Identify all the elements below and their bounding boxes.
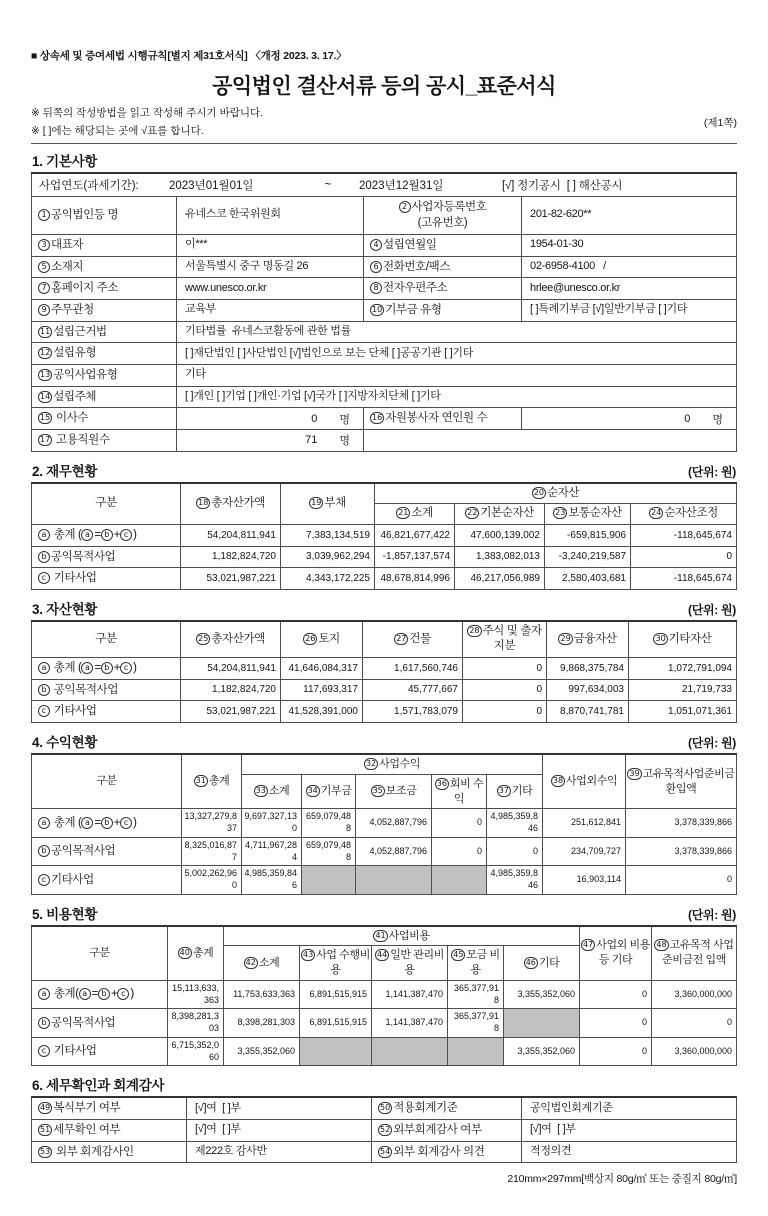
note-line-2: ※ [ ]에는 해당되는 곳에 √표를 합니다. bbox=[31, 122, 263, 140]
col-header-group: 32사업수익 bbox=[242, 754, 543, 774]
amount-cell: -659,815,906 bbox=[545, 524, 631, 546]
business-year-cell: 사업연도(과세기간): 2023년01월01일 ~ 2023년12월31일 [√… bbox=[32, 173, 737, 197]
amount-cell: 1,383,082,013 bbox=[455, 546, 545, 568]
col-header: 18총자산가액 bbox=[181, 483, 281, 525]
field-value-checkboxes: [ ]개인 [ ]기업 [ ]개인·기업 [√]국가 [ ]지방자치단체 [ ]… bbox=[177, 386, 737, 408]
header-row: 구분 31총계 32사업수익 38사업외수익 39고유목적사업준비금 환입액 bbox=[32, 754, 737, 774]
amount-cell: -3,240,219,587 bbox=[545, 546, 631, 568]
amount-cell: 0 bbox=[631, 546, 737, 568]
row-label: c기타사업 bbox=[32, 866, 182, 894]
header-row: 구분 18총자산가액 19부채 20순자산 bbox=[32, 483, 737, 504]
col-header: 19부채 bbox=[281, 483, 375, 525]
row-label: a 총계(a=b+c) bbox=[32, 981, 168, 1009]
field-value: 기타 bbox=[177, 365, 737, 387]
col-header: 44일반 관리비용 bbox=[372, 946, 448, 981]
amount-cell: 3,355,352,060 bbox=[504, 1037, 580, 1065]
amount-cell: -118,645,674 bbox=[631, 524, 737, 546]
amount-cell: 0 bbox=[463, 701, 547, 723]
amount-cell: 13,327,279,837 bbox=[182, 809, 242, 837]
amount-cell: 3,355,352,060 bbox=[504, 981, 580, 1009]
table-row: 13공익사업유형 기타 bbox=[32, 365, 737, 387]
col-header: 33소계 bbox=[242, 774, 302, 809]
col-header: 42소계 bbox=[224, 946, 300, 981]
table-row: b공익목적사업 8,325,016,877 4,711,967,284 659,… bbox=[32, 837, 737, 865]
table-row: 49복식부기 여부 [√]여 [ ]부 50적용회계기준 공익법인회계기준 bbox=[32, 1097, 737, 1119]
field-value: 유네스코 한국위원회 bbox=[177, 196, 364, 234]
col-header: 34기부금 bbox=[302, 774, 356, 809]
amount-cell: 0 bbox=[652, 1009, 737, 1037]
table-row: b공익목적사업 8,398,281,303 8,398,281,303 6,89… bbox=[32, 1009, 737, 1037]
legal-reference-note: ■ 상속세 및 증여세법 시행규칙[별지 제31호서식] 〈개정 2023. 3… bbox=[31, 48, 737, 63]
section-title: 6. 세무확인과 회계감사 bbox=[32, 1074, 164, 1094]
shaded-cell bbox=[356, 866, 432, 894]
amount-cell: 45,777,667 bbox=[363, 679, 463, 701]
field-label: 54외부 회계감사 의견 bbox=[372, 1141, 522, 1163]
amount-cell: 0 bbox=[463, 657, 547, 679]
table-row: 53 외부 회계감사인 제222호 감사반 54외부 회계감사 의견 적정의견 bbox=[32, 1141, 737, 1163]
amount-cell: 46,821,677,422 bbox=[375, 524, 455, 546]
col-header: 26토지 bbox=[281, 621, 363, 658]
count-value: 0 bbox=[684, 413, 690, 425]
amount-cell: 4,985,359,846 bbox=[242, 866, 302, 894]
amount-cell: 365,377,918 bbox=[448, 981, 504, 1009]
period-start-date: 2023년01월01일 bbox=[169, 177, 297, 193]
amount-cell: 0 bbox=[432, 837, 487, 865]
col-header: 45모금 비용 bbox=[448, 946, 504, 981]
table-row: b공익목적사업 1,182,824,720 3,039,962,294 -1,8… bbox=[32, 546, 737, 568]
field-label: 52외부회계감사 여부 bbox=[372, 1119, 522, 1141]
table-row: a 총계 (a=b+c) 13,327,279,837 9,697,327,13… bbox=[32, 809, 737, 837]
col-header: 31총계 bbox=[182, 754, 242, 809]
section-title: 1. 기본사항 bbox=[32, 150, 97, 170]
shaded-cell bbox=[448, 1037, 504, 1065]
row-label: a 총계 (a=b+c) bbox=[32, 657, 181, 679]
col-header: 30기타자산 bbox=[629, 621, 737, 658]
col-header: 35보조금 bbox=[356, 774, 432, 809]
amount-cell: 0 bbox=[487, 837, 543, 865]
disclosure-type-checkboxes: [√] 정기공시 [ ] 해산공시 bbox=[502, 177, 735, 193]
field-label: 8전자우편주소 bbox=[364, 278, 522, 300]
field-value: 교육부 bbox=[177, 300, 364, 322]
paper-spec-note: 210mm×297mm[백상지 80g/㎡ 또는 중질지 80g/㎡] bbox=[31, 1171, 737, 1216]
col-header: 27건물 bbox=[363, 621, 463, 658]
field-value: 제222호 감사반 bbox=[187, 1141, 372, 1163]
col-header: 구분 bbox=[32, 754, 182, 809]
section-heading-financial: 2. 재무현황 (단위: 원) bbox=[31, 454, 737, 482]
field-value: www.unesco.or.kr bbox=[177, 278, 364, 300]
section-heading-expense: 5. 비용현황 (단위: 원) bbox=[31, 897, 737, 925]
col-header: 46기타 bbox=[504, 946, 580, 981]
instruction-notes: ※ 뒤쪽의 작성방법을 읽고 작성해 주시기 바랍니다. ※ [ ]에는 해당되… bbox=[31, 104, 737, 141]
table-row: a 총계(a=b+c) 15,113,633,363 11,753,633,36… bbox=[32, 981, 737, 1009]
amount-cell: 21,719,733 bbox=[629, 679, 737, 701]
amount-cell: 9,868,375,784 bbox=[547, 657, 629, 679]
col-header: 21소계 bbox=[375, 504, 455, 525]
row-label: b공익목적사업 bbox=[32, 1009, 168, 1037]
amount-cell: 3,360,000,000 bbox=[652, 1037, 737, 1065]
field-label: 2사업자등록번호 (고유번호) bbox=[364, 196, 522, 234]
row-label: a 총계 (a=b+c) bbox=[32, 809, 182, 837]
count-unit: 명 bbox=[339, 432, 350, 448]
field-label: 13공익사업유형 bbox=[32, 365, 177, 387]
revenue-status-table: 구분 31총계 32사업수익 38사업외수익 39고유목적사업준비금 환입액 3… bbox=[31, 753, 737, 895]
amount-cell: 251,612,841 bbox=[543, 809, 626, 837]
amount-cell: 54,204,811,941 bbox=[181, 657, 281, 679]
amount-cell: 8,325,016,877 bbox=[182, 837, 242, 865]
field-label: 3대표자 bbox=[32, 235, 177, 257]
col-header: 24순자산조정 bbox=[631, 504, 737, 525]
col-header: 28주식 및 출자지분 bbox=[463, 621, 547, 658]
amount-cell: 234,709,727 bbox=[543, 837, 626, 865]
row-label: b공익목적사업 bbox=[32, 837, 182, 865]
amount-cell: 53,021,987,221 bbox=[181, 701, 281, 723]
amount-cell: 997,634,003 bbox=[547, 679, 629, 701]
amount-cell: 1,571,783,079 bbox=[363, 701, 463, 723]
field-label: 16자원봉사자 연인원 수 bbox=[364, 408, 522, 430]
expense-status-table: 구분 40총계 41사업비용 47사업외 비용 등 기타 48고유목적 사업준비… bbox=[31, 925, 737, 1067]
field-value: 201-82-620** bbox=[522, 196, 737, 234]
amount-cell: -1,857,137,574 bbox=[375, 546, 455, 568]
amount-cell: 117,693,317 bbox=[281, 679, 363, 701]
amount-cell: 16,903,114 bbox=[543, 866, 626, 894]
field-label: 15 이사수 bbox=[32, 408, 177, 430]
col-header: 구분 bbox=[32, 483, 181, 525]
amount-cell: -118,645,674 bbox=[631, 568, 737, 590]
field-value: 적정의견 bbox=[522, 1141, 737, 1163]
amount-cell: 365,377,918 bbox=[448, 1009, 504, 1037]
table-row: 11설립근거법 기타법률 유네스코활동에 관한 법률 bbox=[32, 321, 737, 343]
field-label: 9주무관청 bbox=[32, 300, 177, 322]
amount-cell: 0 bbox=[432, 809, 487, 837]
amount-cell: 659,079,488 bbox=[302, 809, 356, 837]
note-line-1: ※ 뒤쪽의 작성방법을 읽고 작성해 주시기 바랍니다. bbox=[31, 104, 263, 122]
unit-label: (단위: 원) bbox=[688, 734, 736, 751]
unit-label: (단위: 원) bbox=[688, 601, 736, 618]
header-row: 구분 40총계 41사업비용 47사업외 비용 등 기타 48고유목적 사업준비… bbox=[32, 926, 737, 946]
field-label: 49복식부기 여부 bbox=[32, 1097, 187, 1119]
amount-cell: 4,985,359,846 bbox=[487, 809, 543, 837]
amount-cell: 8,398,281,303 bbox=[168, 1009, 224, 1037]
col-header: 40총계 bbox=[168, 926, 224, 981]
section-title: 5. 비용현황 bbox=[32, 903, 97, 923]
amount-cell: 1,182,824,720 bbox=[181, 546, 281, 568]
field-value-checkboxes: [√]여 [ ]부 bbox=[187, 1119, 372, 1141]
field-label: 6전화번호/팩스 bbox=[364, 256, 522, 278]
empty-cell bbox=[364, 430, 737, 452]
table-row: c기타사업 5,002,262,960 4,985,359,846 4,985,… bbox=[32, 866, 737, 894]
col-header-group: 41사업비용 bbox=[224, 926, 580, 946]
table-row: a 총계 (a=b+c) 54,204,811,941 7,383,134,51… bbox=[32, 524, 737, 546]
business-year-label: 사업연도(과세기간): bbox=[33, 177, 169, 193]
amount-cell: 1,141,387,470 bbox=[372, 1009, 448, 1037]
audit-table: 49복식부기 여부 [√]여 [ ]부 50적용회계기준 공익법인회계기준 51… bbox=[31, 1096, 737, 1163]
field-value-checkboxes: [ ]특례기부금 [√]일반기부금 [ ]기타 bbox=[522, 300, 737, 322]
amount-cell: 4,052,887,796 bbox=[356, 809, 432, 837]
field-label: 14설립주체 bbox=[32, 386, 177, 408]
col-header: 38사업외수익 bbox=[543, 754, 626, 809]
section-title: 2. 재무현황 bbox=[32, 460, 97, 480]
amount-cell: 9,697,327,130 bbox=[242, 809, 302, 837]
section-heading-basic: 1. 기본사항 bbox=[31, 143, 737, 172]
field-label: 5소재지 bbox=[32, 256, 177, 278]
form-title: 공익법인 결산서류 등의 공시_표준서식 bbox=[31, 70, 737, 100]
table-row: 9주무관청 교육부 10기부금 유형 [ ]특례기부금 [√]일반기부금 [ ]… bbox=[32, 300, 737, 322]
table-row: c 기타사업 53,021,987,221 41,528,391,000 1,5… bbox=[32, 701, 737, 723]
col-header: 25총자산가액 bbox=[181, 621, 281, 658]
amount-cell: 2,580,403,681 bbox=[545, 568, 631, 590]
amount-cell: 41,528,391,000 bbox=[281, 701, 363, 723]
field-label: 53 외부 회계감사인 bbox=[32, 1141, 187, 1163]
amount-cell: 1,141,387,470 bbox=[372, 981, 448, 1009]
form-page: ■ 상속세 및 증여세법 시행규칙[별지 제31호서식] 〈개정 2023. 3… bbox=[0, 0, 768, 1216]
count-unit: 명 bbox=[712, 411, 723, 427]
header-row: 구분 25총자산가액 26토지 27건물 28주식 및 출자지분 29금융자산 … bbox=[32, 621, 737, 658]
field-label: 7홈페이지 주소 bbox=[32, 278, 177, 300]
field-value: 71 명 bbox=[177, 430, 364, 452]
amount-cell: 3,360,000,000 bbox=[652, 981, 737, 1009]
row-label: a 총계 (a=b+c) bbox=[32, 524, 181, 546]
amount-cell: 4,052,887,796 bbox=[356, 837, 432, 865]
shaded-cell bbox=[372, 1037, 448, 1065]
section-heading-assets: 3. 자산현황 (단위: 원) bbox=[31, 592, 737, 620]
row-label: b공익목적사업 bbox=[32, 546, 181, 568]
col-header: 구분 bbox=[32, 621, 181, 658]
field-value: 서울특별시 중구 명동길 26 bbox=[177, 256, 364, 278]
amount-cell: 3,378,339,866 bbox=[626, 809, 737, 837]
table-row: 17 고용직원수 71 명 bbox=[32, 430, 737, 452]
period-end-date: 2023년12월31일 bbox=[359, 177, 502, 193]
table-row: a 총계 (a=b+c) 54,204,811,941 41,646,084,3… bbox=[32, 657, 737, 679]
count-value: 71 bbox=[305, 434, 317, 446]
unit-label: (단위: 원) bbox=[688, 463, 736, 480]
section-title: 3. 자산현황 bbox=[32, 598, 97, 618]
amount-cell: 8,870,741,781 bbox=[547, 701, 629, 723]
shaded-cell bbox=[432, 866, 487, 894]
field-value: 0 명 bbox=[177, 408, 364, 430]
col-header: 37기타 bbox=[487, 774, 543, 809]
table-row: 12설립유형 [ ]재단법인 [ ]사단법인 [√]법인으로 보는 단체 [ ]… bbox=[32, 343, 737, 365]
col-header: 22기본순자산 bbox=[455, 504, 545, 525]
amount-cell: 7,383,134,519 bbox=[281, 524, 375, 546]
amount-cell: 5,002,262,960 bbox=[182, 866, 242, 894]
unit-label: (단위: 원) bbox=[688, 906, 736, 923]
amount-cell: 1,182,824,720 bbox=[181, 679, 281, 701]
amount-cell: 0 bbox=[626, 866, 737, 894]
asset-status-table: 구분 25총자산가액 26토지 27건물 28주식 및 출자지분 29금융자산 … bbox=[31, 620, 737, 723]
table-row: 51세무확인 여부 [√]여 [ ]부 52외부회계감사 여부 [√]여 [ ]… bbox=[32, 1119, 737, 1141]
table-row: c 기타사업 53,021,987,221 4,343,172,225 48,6… bbox=[32, 568, 737, 590]
field-label: 1공익법인등 명 bbox=[32, 196, 177, 234]
row-label: b 공익목적사업 bbox=[32, 679, 181, 701]
table-row: 15 이사수 0 명 16자원봉사자 연인원 수 0 명 bbox=[32, 408, 737, 430]
amount-cell: 11,753,633,363 bbox=[224, 981, 300, 1009]
field-value: hrlee@unesco.or.kr bbox=[522, 278, 737, 300]
amount-cell: 0 bbox=[580, 1037, 652, 1065]
col-header: 39고유목적사업준비금 환입액 bbox=[626, 754, 737, 809]
count-value: 0 bbox=[311, 413, 317, 425]
amount-cell: 4,343,172,225 bbox=[281, 568, 375, 590]
amount-cell: 659,079,488 bbox=[302, 837, 356, 865]
amount-cell: 48,678,814,996 bbox=[375, 568, 455, 590]
col-header: 29금융자산 bbox=[547, 621, 629, 658]
field-value-checkboxes: [√]여 [ ]부 bbox=[522, 1119, 737, 1141]
field-value-checkboxes: [ ]재단법인 [ ]사단법인 [√]법인으로 보는 단체 [ ]공공기관 [ … bbox=[177, 343, 737, 365]
shaded-cell bbox=[504, 1009, 580, 1037]
field-value: 02-6958-4100 / bbox=[522, 256, 737, 278]
amount-cell: 6,891,515,915 bbox=[300, 1009, 372, 1037]
financial-status-table: 구분 18총자산가액 19부채 20순자산 21소계 22기본순자산 23보통순… bbox=[31, 482, 737, 590]
row-label: c 기타사업 bbox=[32, 1037, 168, 1065]
table-row: 7홈페이지 주소 www.unesco.or.kr 8전자우편주소 hrlee@… bbox=[32, 278, 737, 300]
field-value: 기타법률 유네스코활동에 관한 법률 bbox=[177, 321, 737, 343]
count-unit: 명 bbox=[339, 411, 350, 427]
page-number-label: (제1쪽) bbox=[704, 115, 737, 130]
field-value: 공익법인회계기준 bbox=[522, 1097, 737, 1119]
amount-cell: 3,378,339,866 bbox=[626, 837, 737, 865]
col-header: 36회비 수익 bbox=[432, 774, 487, 809]
col-header-group: 20순자산 bbox=[375, 483, 737, 504]
field-value-checkboxes: [√]여 [ ]부 bbox=[187, 1097, 372, 1119]
amount-cell: 47,600,139,002 bbox=[455, 524, 545, 546]
table-row: 14설립주체 [ ]개인 [ ]기업 [ ]개인·기업 [√]국가 [ ]지방자… bbox=[32, 386, 737, 408]
col-header: 47사업외 비용 등 기타 bbox=[580, 926, 652, 981]
amount-cell: 1,617,560,746 bbox=[363, 657, 463, 679]
col-header: 48고유목적 사업준비금전 입액 bbox=[652, 926, 737, 981]
field-value: 1954-01-30 bbox=[522, 235, 737, 257]
amount-cell: 0 bbox=[463, 679, 547, 701]
shaded-cell bbox=[302, 866, 356, 894]
basic-info-table: 사업연도(과세기간): 2023년01월01일 ~ 2023년12월31일 [√… bbox=[31, 172, 737, 452]
amount-cell: 4,985,359,846 bbox=[487, 866, 543, 894]
field-value: 0 명 bbox=[522, 408, 737, 430]
section-title: 4. 수익현황 bbox=[32, 731, 97, 751]
amount-cell: 6,715,352,060 bbox=[168, 1037, 224, 1065]
amount-cell: 0 bbox=[580, 981, 652, 1009]
section-heading-revenue: 4. 수익현황 (단위: 원) bbox=[31, 725, 737, 753]
field-label: 11설립근거법 bbox=[32, 321, 177, 343]
amount-cell: 46,217,056,989 bbox=[455, 568, 545, 590]
table-row: b 공익목적사업 1,182,824,720 117,693,317 45,77… bbox=[32, 679, 737, 701]
amount-cell: 1,051,071,361 bbox=[629, 701, 737, 723]
amount-cell: 1,072,791,094 bbox=[629, 657, 737, 679]
col-header: 23보통순자산 bbox=[545, 504, 631, 525]
section-heading-audit: 6. 세무확인과 회계감사 bbox=[31, 1068, 737, 1096]
col-header: 구분 bbox=[32, 926, 168, 981]
field-label: 10기부금 유형 bbox=[364, 300, 522, 322]
table-row: 3대표자 이*** 4설립연월일 1954-01-30 bbox=[32, 235, 737, 257]
col-header: 43사업 수행비용 bbox=[300, 946, 372, 981]
tilde-separator: ~ bbox=[297, 179, 359, 191]
table-row: 사업연도(과세기간): 2023년01월01일 ~ 2023년12월31일 [√… bbox=[32, 173, 737, 197]
shaded-cell bbox=[300, 1037, 372, 1065]
table-row: c 기타사업 6,715,352,060 3,355,352,060 3,355… bbox=[32, 1037, 737, 1065]
amount-cell: 4,711,967,284 bbox=[242, 837, 302, 865]
amount-cell: 6,891,515,915 bbox=[300, 981, 372, 1009]
field-label: 50적용회계기준 bbox=[372, 1097, 522, 1119]
amount-cell: 54,204,811,941 bbox=[181, 524, 281, 546]
amount-cell: 8,398,281,303 bbox=[224, 1009, 300, 1037]
table-row: 5소재지 서울특별시 중구 명동길 26 6전화번호/팩스 02-6958-41… bbox=[32, 256, 737, 278]
field-label: 51세무확인 여부 bbox=[32, 1119, 187, 1141]
field-label: 17 고용직원수 bbox=[32, 430, 177, 452]
amount-cell: 3,355,352,060 bbox=[224, 1037, 300, 1065]
table-row: 1공익법인등 명 유네스코 한국위원회 2사업자등록번호 (고유번호) 201-… bbox=[32, 196, 737, 234]
row-label: c 기타사업 bbox=[32, 701, 181, 723]
amount-cell: 0 bbox=[580, 1009, 652, 1037]
amount-cell: 53,021,987,221 bbox=[181, 568, 281, 590]
field-label: 4설립연월일 bbox=[364, 235, 522, 257]
amount-cell: 3,039,962,294 bbox=[281, 546, 375, 568]
amount-cell: 15,113,633,363 bbox=[168, 981, 224, 1009]
field-value: 이*** bbox=[177, 235, 364, 257]
amount-cell: 41,646,084,317 bbox=[281, 657, 363, 679]
field-label: 12설립유형 bbox=[32, 343, 177, 365]
row-label: c 기타사업 bbox=[32, 568, 181, 590]
